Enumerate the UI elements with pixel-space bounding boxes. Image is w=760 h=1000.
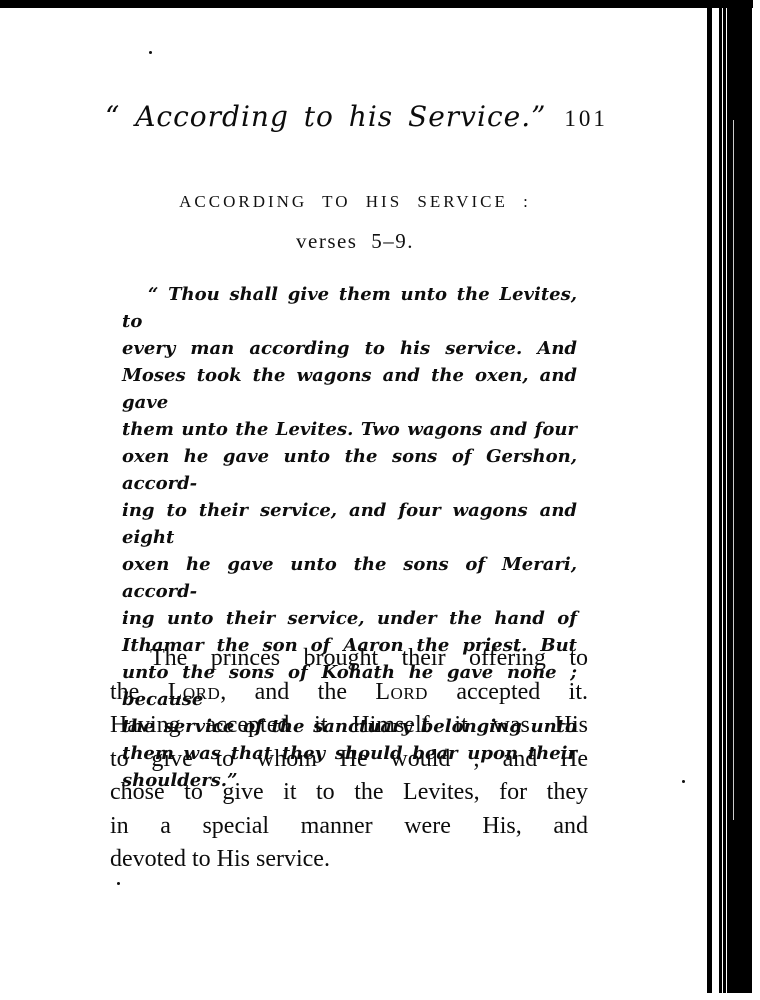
text-segment: oxen he gave unto the sons of Gershon, a… (122, 446, 577, 494)
scanned-book-page: “ According to his Service.”101 ACCORDIN… (0, 0, 760, 1000)
running-header: “ According to his Service.”101 (105, 100, 605, 133)
text-segment: “ Thou shall give them unto the Levites,… (122, 284, 577, 332)
scan-binding-line (719, 5, 722, 993)
text-line: The princes brought their offering to (110, 642, 588, 676)
text-segment: the (110, 679, 168, 705)
text-segment: in a special manner were His, and (110, 813, 588, 839)
section-heading: ACCORDING TO HIS SERVICE : (105, 192, 605, 212)
scan-binding-streak (733, 120, 734, 820)
text-segment: every man according to his service. And (122, 338, 577, 359)
text-line: ing to their service, and four wagons an… (122, 497, 577, 551)
scan-binding-line (723, 8, 726, 993)
text-line: “ Thou shall give them unto the Levites,… (122, 281, 577, 335)
text-segment: them unto the Levites. Two wagons and fo… (122, 419, 577, 440)
verses-subheading: verses 5–9. (105, 229, 605, 254)
small-caps-word: Lord (375, 679, 428, 705)
text-line: Moses took the wagons and the oxen, and … (122, 362, 577, 416)
text-segment: ing unto their service, under the hand o… (122, 608, 577, 629)
text-segment: , and the (220, 679, 375, 705)
ink-speck (682, 780, 685, 783)
text-line: ing unto their service, under the hand o… (122, 605, 577, 632)
text-segment: The princes brought their offering to (150, 645, 588, 671)
small-caps-word: Lord (168, 679, 221, 705)
scan-binding-bar (727, 0, 752, 993)
ink-speck (149, 51, 152, 54)
text-line: in a special manner were His, and (110, 810, 588, 844)
text-segment: to give to whom He would ; and He (110, 746, 588, 772)
text-segment: accepted it. (428, 679, 588, 705)
text-line: oxen he gave unto the sons of Gershon, a… (122, 443, 577, 497)
running-header-title: “ According to his Service.” (105, 100, 546, 133)
body-paragraph: The princes brought their offering tothe… (110, 642, 588, 877)
text-line: to give to whom He would ; and He (110, 743, 588, 777)
text-line: chose to give it to the Levites, for the… (110, 776, 588, 810)
scan-binding-line (707, 5, 712, 993)
text-segment: chose to give it to the Levites, for the… (110, 779, 588, 805)
text-line: Having accepted it Himself it was His (110, 709, 588, 743)
text-segment: Having accepted it Himself it was His (110, 712, 588, 738)
text-line: them unto the Levites. Two wagons and fo… (122, 416, 577, 443)
text-segment: ing to their service, and four wagons an… (122, 500, 577, 548)
ink-speck (117, 882, 120, 885)
text-segment: Moses took the wagons and the oxen, and … (122, 365, 577, 413)
page-number: 101 (564, 106, 608, 131)
text-line: the Lord, and the Lord accepted it. (110, 676, 588, 710)
text-segment: devoted to His service. (110, 846, 330, 872)
text-line: devoted to His service. (110, 843, 588, 877)
text-line: oxen he gave unto the sons of Merari, ac… (122, 551, 577, 605)
text-line: every man according to his service. And (122, 335, 577, 362)
scan-top-edge-artifact (0, 0, 753, 8)
text-segment: oxen he gave unto the sons of Merari, ac… (122, 554, 577, 602)
